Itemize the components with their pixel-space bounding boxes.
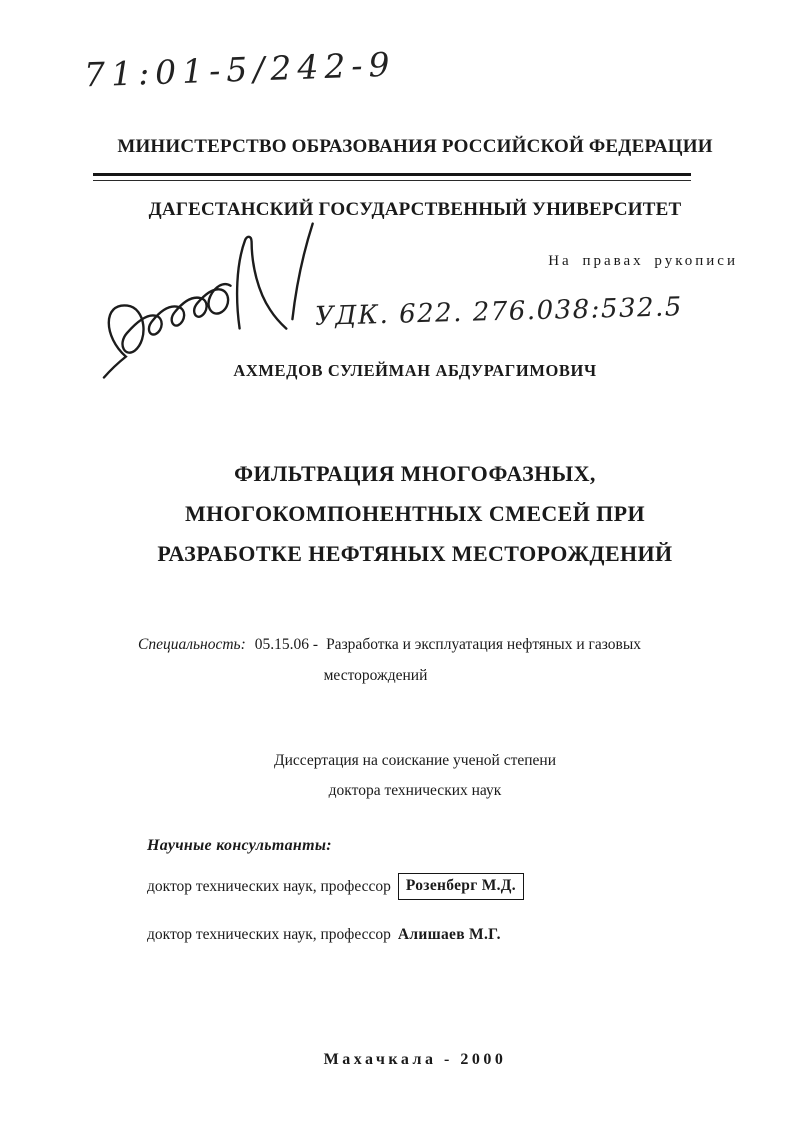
ministry-header: МИНИСТЕРСТВО ОБРАЗОВАНИЯ РОССИЙСКОЙ ФЕДЕ… xyxy=(90,136,740,158)
specialty-field-continuation: месторождений xyxy=(138,660,683,691)
specialty-field: Разработка и эксплуатация нефтяных и газ… xyxy=(326,636,641,653)
consultant-prefix: доктор технических наук, профессор xyxy=(147,926,391,944)
consultants-heading: Научные консультанты: xyxy=(147,837,524,855)
degree-line: Диссертация на соискание ученой степени xyxy=(90,746,740,776)
consultant-row: доктор технических наук, профессор Алиша… xyxy=(147,918,524,951)
author-name: АХМЕДОВ СУЛЕЙМАН АБДУРАГИМОВИЧ xyxy=(90,361,740,381)
consultant-prefix: доктор технических наук, профессор xyxy=(147,878,391,896)
city-year-footer: Махачкала - 2000 xyxy=(90,1051,740,1069)
specialty-code: 05.15.06 - xyxy=(255,636,318,653)
specialty-line: Специальность:05.15.06 -Разработка и экс… xyxy=(138,629,683,660)
title-line: МНОГОКОМПОНЕНТНЫХ СМЕСЕЙ ПРИ xyxy=(90,494,740,534)
manuscript-rights-note: На правах рукописи xyxy=(548,253,738,270)
degree-statement: Диссертация на соискание ученой степени … xyxy=(90,746,740,806)
degree-line: доктора технических наук xyxy=(90,776,740,806)
double-rule-divider xyxy=(93,173,691,181)
dissertation-title-page: 71:01-5/242-9 МИНИСТЕРСТВО ОБРАЗОВАНИЯ Р… xyxy=(0,0,793,1122)
consultants-section: Научные консультанты: доктор технических… xyxy=(147,837,524,951)
university-header: ДАГЕСТАНСКИЙ ГОСУДАРСТВЕННЫЙ УНИВЕРСИТЕТ xyxy=(90,199,740,221)
consultant-name-boxed: Розенберг М.Д. xyxy=(398,873,524,900)
handwritten-udk-code: УДК. 622. 276.038:532.5 xyxy=(315,292,684,332)
specialty-label: Специальность: xyxy=(138,636,246,653)
title-line: ФИЛЬТРАЦИЯ МНОГОФАЗНЫХ, xyxy=(90,454,740,494)
title-line: РАЗРАБОТКЕ НЕФТЯНЫХ МЕСТОРОЖДЕНИЙ xyxy=(90,534,740,574)
specialty-section: Специальность:05.15.06 -Разработка и экс… xyxy=(138,629,683,691)
consultant-row: доктор технических наук, профессор Розен… xyxy=(147,870,524,903)
handwritten-inventory-number: 71:01-5/242-9 xyxy=(83,45,396,95)
dissertation-title: ФИЛЬТРАЦИЯ МНОГОФАЗНЫХ, МНОГОКОМПОНЕНТНЫ… xyxy=(90,454,740,574)
consultant-name: Алишаев М.Г. xyxy=(398,926,501,944)
